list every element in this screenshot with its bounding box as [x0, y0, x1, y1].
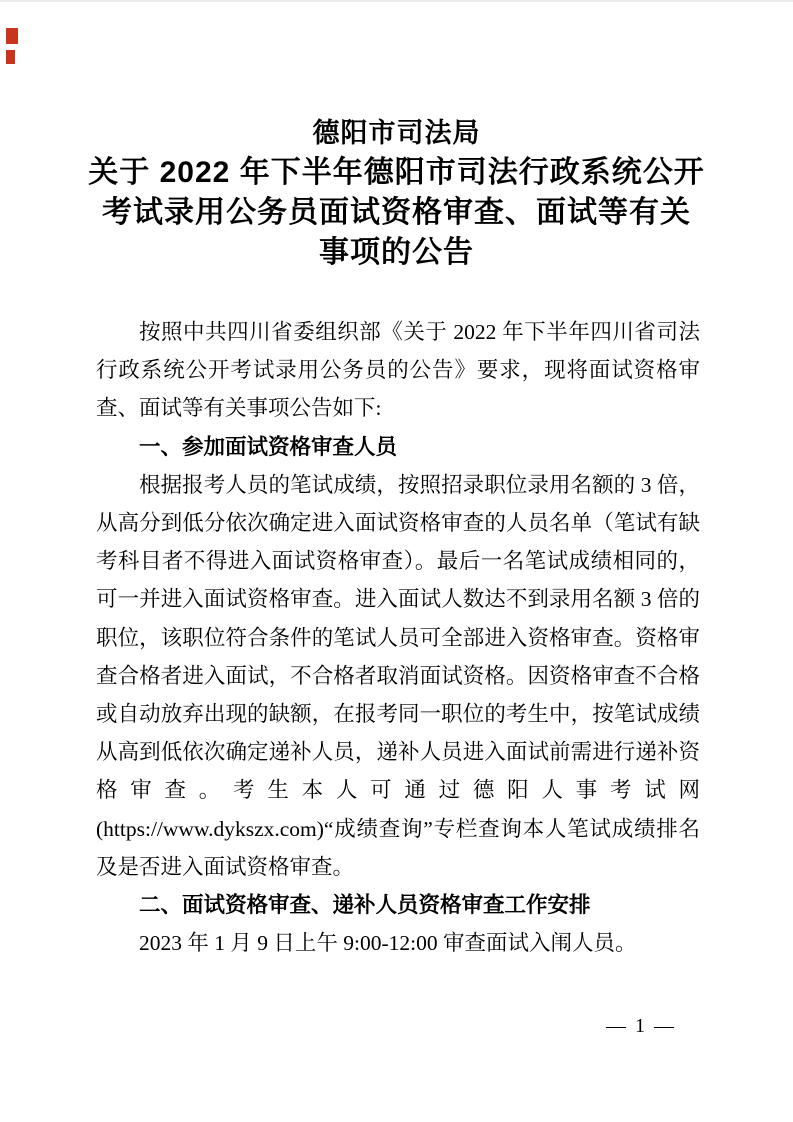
scan-edge-line	[0, 0, 793, 2]
document-organization-title: 德阳市司法局	[0, 113, 793, 153]
red-scan-mark-bottom	[6, 50, 15, 64]
document-title-line-3: 事项的公告	[0, 233, 793, 273]
section-2-heading: 二、面试资格审查、递补人员资格审查工作安排	[96, 886, 700, 924]
document-body: 按照中共四川省委组织部《关于 2022 年下半年四川省司法行政系统公开考试录用公…	[96, 313, 700, 962]
section-1-heading: 一、参加面试资格审查人员	[96, 428, 700, 466]
document-title-line-1: 关于 2022 年下半年德阳市司法行政系统公开	[0, 153, 793, 193]
section-2-schedule-line: 2023 年 1 月 9 日上午 9:00-12:00 审查面试入闱人员。	[96, 924, 700, 962]
red-scan-mark-top	[6, 28, 18, 44]
footer-page-number: — 1 —	[606, 1014, 676, 1038]
document-title-line-2: 考试录用公务员面试资格审查、面试等有关	[0, 193, 793, 233]
document-page: 德阳市司法局 关于 2022 年下半年德阳市司法行政系统公开 考试录用公务员面试…	[0, 0, 793, 1122]
section-1-body: 根据报考人员的笔试成绩，按照招录职位录用名额的 3 倍，从高分到低分依次确定进入…	[96, 466, 700, 886]
title-block: 德阳市司法局 关于 2022 年下半年德阳市司法行政系统公开 考试录用公务员面试…	[0, 113, 793, 273]
intro-paragraph: 按照中共四川省委组织部《关于 2022 年下半年四川省司法行政系统公开考试录用公…	[96, 313, 700, 428]
